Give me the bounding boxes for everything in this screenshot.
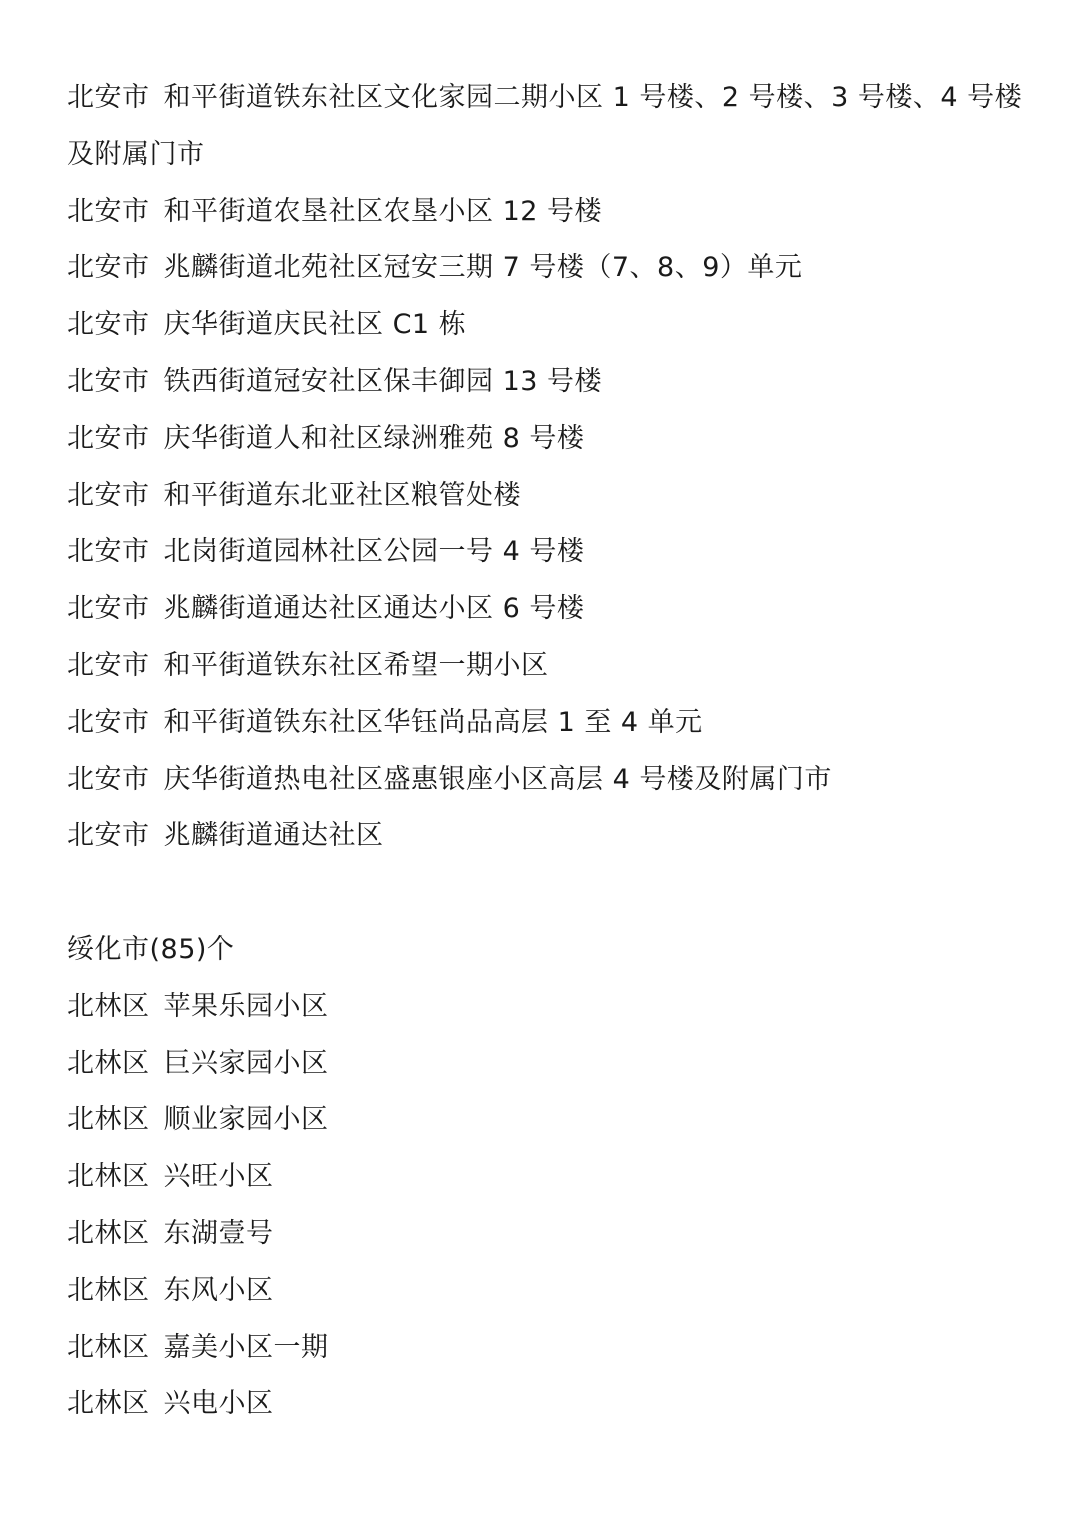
district-label: 北林区 <box>67 1320 150 1377</box>
list-item: 北安市庆华街道热电社区盛惠银座小区高层 4 号楼及附属门市 <box>67 752 1027 809</box>
location-text: 和平街道铁东社区文化家园二期小区 1 号楼、2 号楼、3 号楼、4 号楼及附属门… <box>67 82 1022 170</box>
district-label: 北安市 <box>67 184 150 241</box>
section-heading: 绥化市(85)个 <box>67 922 1027 979</box>
list-item: 北安市庆华街道庆民社区 C1 栋 <box>67 297 1027 354</box>
district-label: 北安市 <box>67 524 150 581</box>
location-text: 庆华街道热电社区盛惠银座小区高层 4 号楼及附属门市 <box>164 764 832 795</box>
list-item: 北安市和平街道铁东社区华钰尚品高层 1 至 4 单元 <box>67 695 1027 752</box>
list-item: 北安市和平街道农垦社区农垦小区 12 号楼 <box>67 184 1027 241</box>
list-item: 北林区顺业家园小区 <box>67 1092 1027 1149</box>
location-text: 和平街道铁东社区希望一期小区 <box>164 650 549 681</box>
list-item: 北安市兆麟街道通达社区 <box>67 808 1027 865</box>
location-text: 兆麟街道北苑社区冠安三期 7 号楼（7、8、9）单元 <box>164 252 803 283</box>
location-text: 北岗街道园林社区公园一号 4 号楼 <box>164 536 585 567</box>
location-text: 嘉美小区一期 <box>164 1332 329 1363</box>
list-item: 北林区苹果乐园小区 <box>67 979 1027 1036</box>
location-text: 巨兴家园小区 <box>164 1048 329 1079</box>
location-text: 和平街道铁东社区华钰尚品高层 1 至 4 单元 <box>164 707 703 738</box>
list-item: 北林区兴电小区 <box>67 1376 1027 1433</box>
district-label: 北林区 <box>67 979 150 1036</box>
district-label: 北安市 <box>67 581 150 638</box>
list-item: 北安市北岗街道园林社区公园一号 4 号楼 <box>67 524 1027 581</box>
location-text: 庆华街道庆民社区 C1 栋 <box>164 309 467 340</box>
list-item: 北林区兴旺小区 <box>67 1149 1027 1206</box>
blank-line <box>67 865 1027 922</box>
district-label: 北安市 <box>67 240 150 297</box>
list-item: 北林区东湖壹号 <box>67 1206 1027 1263</box>
list-item: 北安市兆麟街道通达社区通达小区 6 号楼 <box>67 581 1027 638</box>
district-label: 北林区 <box>67 1092 150 1149</box>
list-item: 北安市庆华街道人和社区绿洲雅苑 8 号楼 <box>67 411 1027 468</box>
district-label: 北林区 <box>67 1149 150 1206</box>
location-text: 兴旺小区 <box>164 1161 274 1192</box>
location-text: 顺业家园小区 <box>164 1104 329 1135</box>
location-text: 和平街道农垦社区农垦小区 12 号楼 <box>164 196 603 227</box>
district-label: 北安市 <box>67 297 150 354</box>
location-text: 兆麟街道通达社区 <box>164 820 384 851</box>
location-text: 苹果乐园小区 <box>164 991 329 1022</box>
district-label: 北林区 <box>67 1206 150 1263</box>
list-item: 北林区东风小区 <box>67 1263 1027 1320</box>
section-suihua: 绥化市(85)个 北林区苹果乐园小区 北林区巨兴家园小区 北林区顺业家园小区 北… <box>67 922 1027 1433</box>
district-label: 北安市 <box>67 468 150 525</box>
list-item: 北安市兆麟街道北苑社区冠安三期 7 号楼（7、8、9）单元 <box>67 240 1027 297</box>
list-item: 北安市铁西街道冠安社区保丰御园 13 号楼 <box>67 354 1027 411</box>
section-beian: 北安市和平街道铁东社区文化家园二期小区 1 号楼、2 号楼、3 号楼、4 号楼及… <box>67 70 1027 865</box>
location-text: 东湖壹号 <box>164 1218 274 1249</box>
location-text: 兴电小区 <box>164 1388 274 1419</box>
district-label: 北安市 <box>67 752 150 809</box>
district-label: 北安市 <box>67 411 150 468</box>
location-text: 兆麟街道通达社区通达小区 6 号楼 <box>164 593 585 624</box>
location-text: 铁西街道冠安社区保丰御园 13 号楼 <box>164 366 603 397</box>
list-item: 北安市和平街道铁东社区文化家园二期小区 1 号楼、2 号楼、3 号楼、4 号楼及… <box>67 70 1027 184</box>
list-item: 北安市和平街道铁东社区希望一期小区 <box>67 638 1027 695</box>
district-label: 北安市 <box>67 70 150 127</box>
district-label: 北林区 <box>67 1036 150 1093</box>
location-text: 庆华街道人和社区绿洲雅苑 8 号楼 <box>164 423 585 454</box>
list-item: 北林区巨兴家园小区 <box>67 1036 1027 1093</box>
location-text: 和平街道东北亚社区粮管处楼 <box>164 480 522 511</box>
list-item: 北林区嘉美小区一期 <box>67 1320 1027 1377</box>
district-label: 北安市 <box>67 638 150 695</box>
list-item: 北安市和平街道东北亚社区粮管处楼 <box>67 468 1027 525</box>
district-label: 北安市 <box>67 354 150 411</box>
district-label: 北安市 <box>67 695 150 752</box>
document-page: 北安市和平街道铁东社区文化家园二期小区 1 号楼、2 号楼、3 号楼、4 号楼及… <box>67 70 1027 1433</box>
district-label: 北林区 <box>67 1376 150 1433</box>
district-label: 北安市 <box>67 808 150 865</box>
district-label: 北林区 <box>67 1263 150 1320</box>
location-text: 东风小区 <box>164 1275 274 1306</box>
